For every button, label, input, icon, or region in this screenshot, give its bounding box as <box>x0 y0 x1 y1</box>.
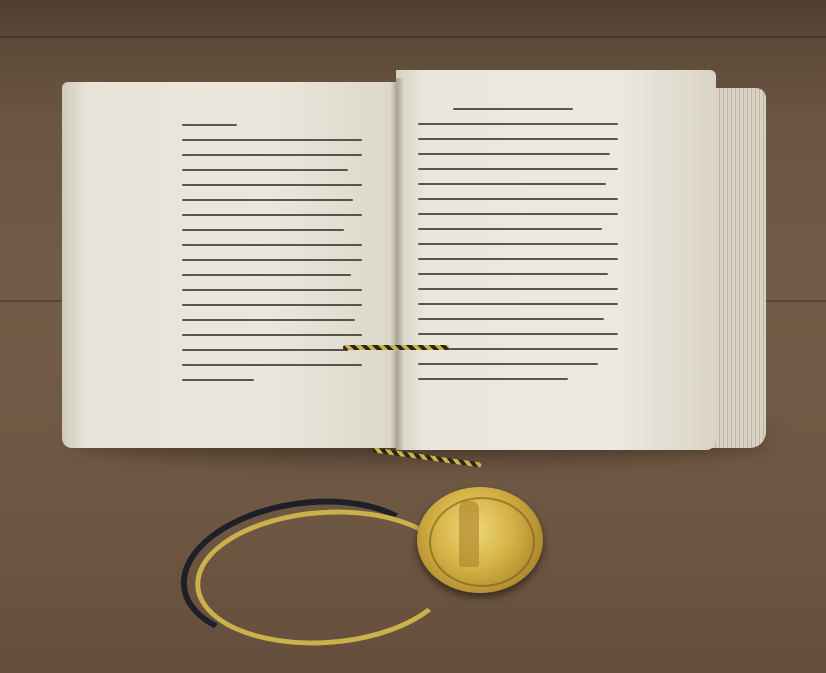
seal-enthroned-figure <box>459 501 479 567</box>
left-page <box>62 82 398 448</box>
seal-border <box>429 497 535 587</box>
gold-seal <box>417 487 543 593</box>
binding-cord <box>343 345 449 350</box>
left-page-text <box>182 124 362 394</box>
book-gutter <box>390 78 404 450</box>
right-page <box>396 70 716 450</box>
right-page-text <box>418 108 618 393</box>
wood-plank-seam <box>0 36 826 38</box>
photo-scene <box>0 0 826 673</box>
